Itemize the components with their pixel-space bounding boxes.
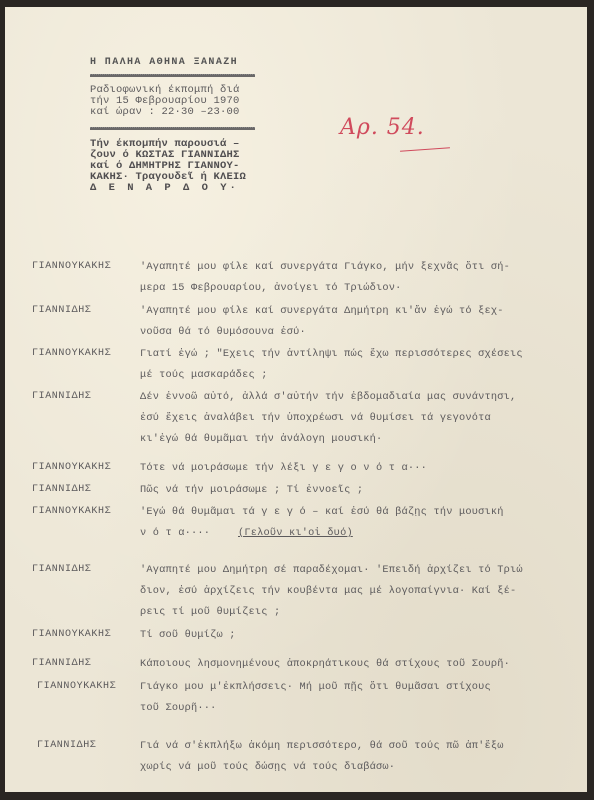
divider xyxy=(90,74,255,77)
dialogue-line: κι'ἐγώ θά θυμᾶμαι τήν ἀνάλογη μουσική· xyxy=(140,433,382,445)
dialogue-line: Κάποιους λησμονημένους ἀποκρηάτικους θά … xyxy=(140,658,510,670)
speaker-name: ΓΙΑΝΝΟΥΚΑΚΗΣ xyxy=(32,261,111,272)
dialogue-line: Τότε νά μοιράσωμε τήν λέξι γ ε γ ο ν ό τ… xyxy=(140,462,427,474)
speaker-name: ΓΙΑΝΝΟΥΚΑΚΗΣ xyxy=(32,506,111,517)
speaker-name: ΓΙΑΝΝΙΔΗΣ xyxy=(32,391,91,402)
speaker-name: ΓΙΑΝΝΙΔΗΣ xyxy=(32,484,91,495)
speaker-name: ΓΙΑΝΝΟΥΚΑΚΗΣ xyxy=(32,348,111,359)
dialogue-line: Γιάγκο μου μ'ἐκπλήσσεις· Μή μοῦ πῇς ὅτι … xyxy=(140,681,491,693)
handwritten-underline xyxy=(400,147,450,151)
dialogue-line: τοῦ Σουρῆ··· xyxy=(140,702,217,714)
speaker-name: ΓΙΑΝΝΟΥΚΑΚΗΣ xyxy=(32,629,111,640)
dialogue-line: νοῦσα θά τό θυμόσουνα ἐσύ· xyxy=(140,326,306,338)
dialogue-line: 'Αγαπητέ μου φίλε καί συνεργάτα Γιάγκο, … xyxy=(140,261,510,273)
dialogue-line: Πῶς νά τήν μοιράσωμε ; Τί ἐννοεῖς ; xyxy=(140,484,363,496)
speaker-name: ΓΙΑΝΝΟΥΚΑΚΗΣ xyxy=(32,462,111,473)
dialogue-line: διον, ἐσύ ἀρχίζεις τήν κουβέντα μας μέ λ… xyxy=(140,585,516,597)
dialogue-line: Γιατί ἐγώ ; "Εχεις τήν ἀντίληψι πώς ἔχω … xyxy=(140,348,523,360)
dialogue-line: 'Αγαπητέ μου φίλε καί συνεργάτα Δημήτρη … xyxy=(140,305,504,317)
dialogue-line: μέ τούς μασκαράδες ; xyxy=(140,369,268,381)
handwritten-number: Αρ. 54. xyxy=(340,115,425,140)
document-page: Η ΠΑΛΗΑ ΑΘΗΝΑ ΞΑΝΑΖΗ Ραδιοφωνική έκπομπή… xyxy=(5,7,587,792)
dialogue-line: χωρίς νά μοῦ τούς δώσῃς νά τούς διαβάσω· xyxy=(140,761,395,773)
dialogue-line: 'Αγαπητέ μου Δημήτρη σέ παραδέχομαι· 'Επ… xyxy=(140,564,523,576)
speaker-name: ΓΙΑΝΝΙΔΗΣ xyxy=(32,564,91,575)
speaker-name: ΓΙΑΝΝΙΔΗΣ xyxy=(32,305,91,316)
speaker-name: ΓΙΑΝΝΙΔΗΣ xyxy=(32,658,91,669)
dialogue-line: ἐσύ ἔχεις ἀναλάβει τήν ὑποχρέωσι νά θυμί… xyxy=(140,412,491,424)
dialogue-line: Γιά νά σ'ἐκπλήξω ἀκόμη περισσότερο, θά σ… xyxy=(140,740,504,752)
program-title: Η ΠΑΛΗΑ ΑΘΗΝΑ ΞΑΝΑΖΗ xyxy=(90,57,238,68)
presenters-line: Δ Ε Ν Α Ρ Δ Ο Υ· xyxy=(90,183,239,194)
dialogue-line: ρεις τί μοῦ θυμίζεις ; xyxy=(140,606,280,618)
dialogue-line: Δέν ἐννοῶ αὐτό, ἀλλά σ'αὐτήν τήν ἐβδομαδ… xyxy=(140,391,516,403)
dialogue-line: Τί σοῦ θυμίζω ; xyxy=(140,629,236,641)
divider xyxy=(90,127,255,130)
speaker-name: ΓΙΑΝΝΟΥΚΑΚΗΣ xyxy=(37,681,116,692)
speaker-name: ΓΙΑΝΝΙΔΗΣ xyxy=(37,740,96,751)
dialogue-line: μερα 15 Φεβρουαρίου, ἀνοίγει τό Τριώδιον… xyxy=(140,282,402,294)
stage-direction: (Γελοῦν κι'οἱ δυό) xyxy=(238,527,353,539)
dialogue-line: 'Εγώ θά θυμᾶμαι τά γ ε γ ό – καί ἐσύ θά … xyxy=(140,506,504,518)
dialogue-line: ν ό τ α···· xyxy=(140,527,210,539)
broadcast-line: καί ώραν : 22·30 –23·00 xyxy=(90,107,240,118)
